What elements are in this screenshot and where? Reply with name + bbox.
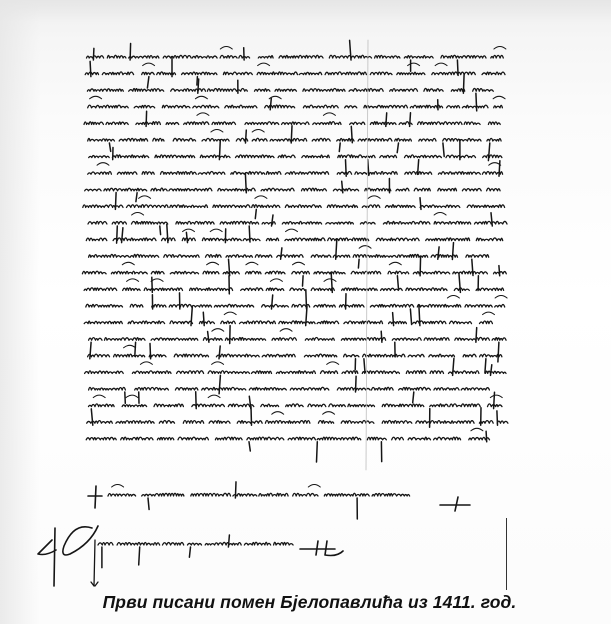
manuscript-handwriting xyxy=(0,0,611,590)
margin-rule-line xyxy=(506,518,507,590)
caption: Први писани помен Бјелопавлића из 1411. … xyxy=(0,592,611,613)
scanned-page: Први писани помен Бјелопавлића из 1411. … xyxy=(0,0,611,624)
manuscript-text-block xyxy=(38,40,508,586)
caption-text: Први писани помен Бјелопавлића из 1411. … xyxy=(95,592,517,612)
